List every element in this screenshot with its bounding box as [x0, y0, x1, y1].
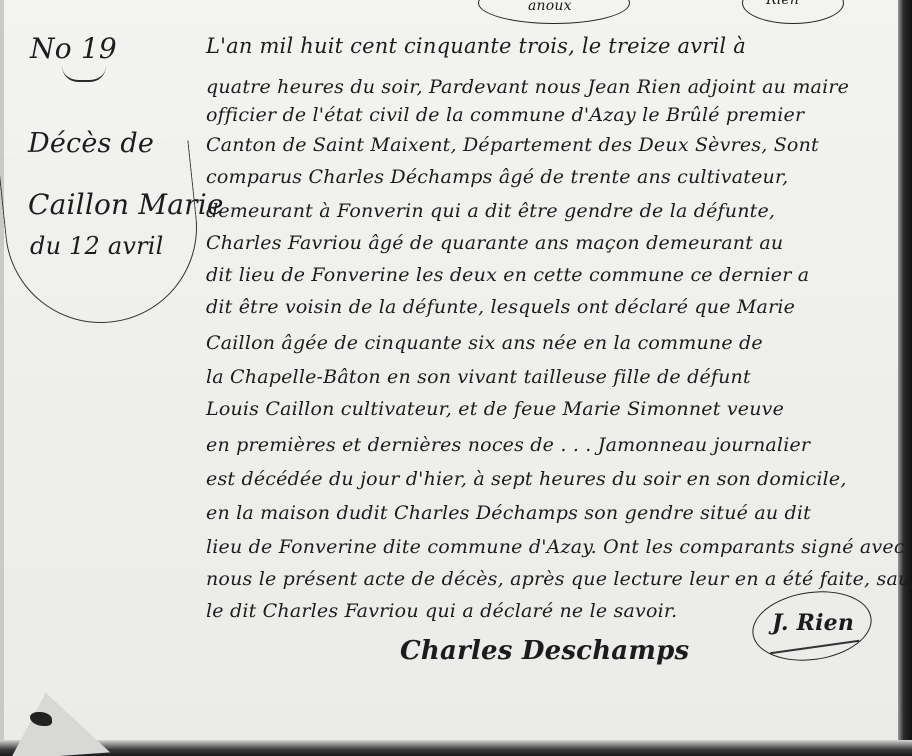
- body-line-16: lieu de Fonverine dite commune d'Azay. O…: [206, 536, 905, 558]
- body-line-18: le dit Charles Favriou qui a déclaré ne …: [206, 600, 677, 622]
- body-line-7: Charles Favriou âgé de quarante ans maço…: [206, 232, 783, 254]
- stamp-text-right: Rien: [766, 0, 799, 8]
- body-line-13: en premières et dernières noces de . . .…: [206, 434, 810, 456]
- stamp-text-left: anoux: [528, 0, 572, 14]
- body-line-17: nous le présent acte de décès, après que…: [206, 568, 912, 590]
- signature-comparant: Charles Deschamps: [400, 636, 689, 666]
- body-line-12: Louis Caillon cultivateur, et de feue Ma…: [206, 398, 784, 420]
- body-line-15: en la maison dudit Charles Déchamps son …: [206, 502, 811, 524]
- body-line-14: est décédée du jour d'hier, à sept heure…: [206, 468, 847, 490]
- signature-officer: J. Rien: [772, 610, 854, 636]
- body-line-2: quatre heures du soir, Pardevant nous Je…: [206, 76, 849, 98]
- record-number: No 19: [30, 32, 117, 65]
- body-line-10: Caillon âgée de cinquante six ans née en…: [206, 332, 763, 354]
- body-line-11: la Chapelle-Bâton en son vivant tailleus…: [206, 366, 751, 388]
- page-corner-tab: [6, 689, 110, 756]
- body-line-1: L'an mil huit cent cinquante trois, le t…: [206, 34, 746, 58]
- body-line-6: demeurant à Fonverin qui a dit être gend…: [206, 200, 775, 222]
- body-line-4: Canton de Saint Maixent, Département des…: [206, 134, 819, 156]
- body-line-5: comparus Charles Déchamps âgé de trente …: [206, 166, 788, 188]
- book-binding-edge: [898, 0, 912, 756]
- page-bottom-edge: [0, 740, 912, 756]
- body-line-3: officier de l'état civil de la commune d…: [206, 104, 804, 126]
- body-line-8: dit lieu de Fonverine les deux en cette …: [206, 264, 809, 286]
- page-left-edge: [0, 0, 4, 756]
- body-line-9: dit être voisin de la défunte, lesquels …: [206, 296, 795, 318]
